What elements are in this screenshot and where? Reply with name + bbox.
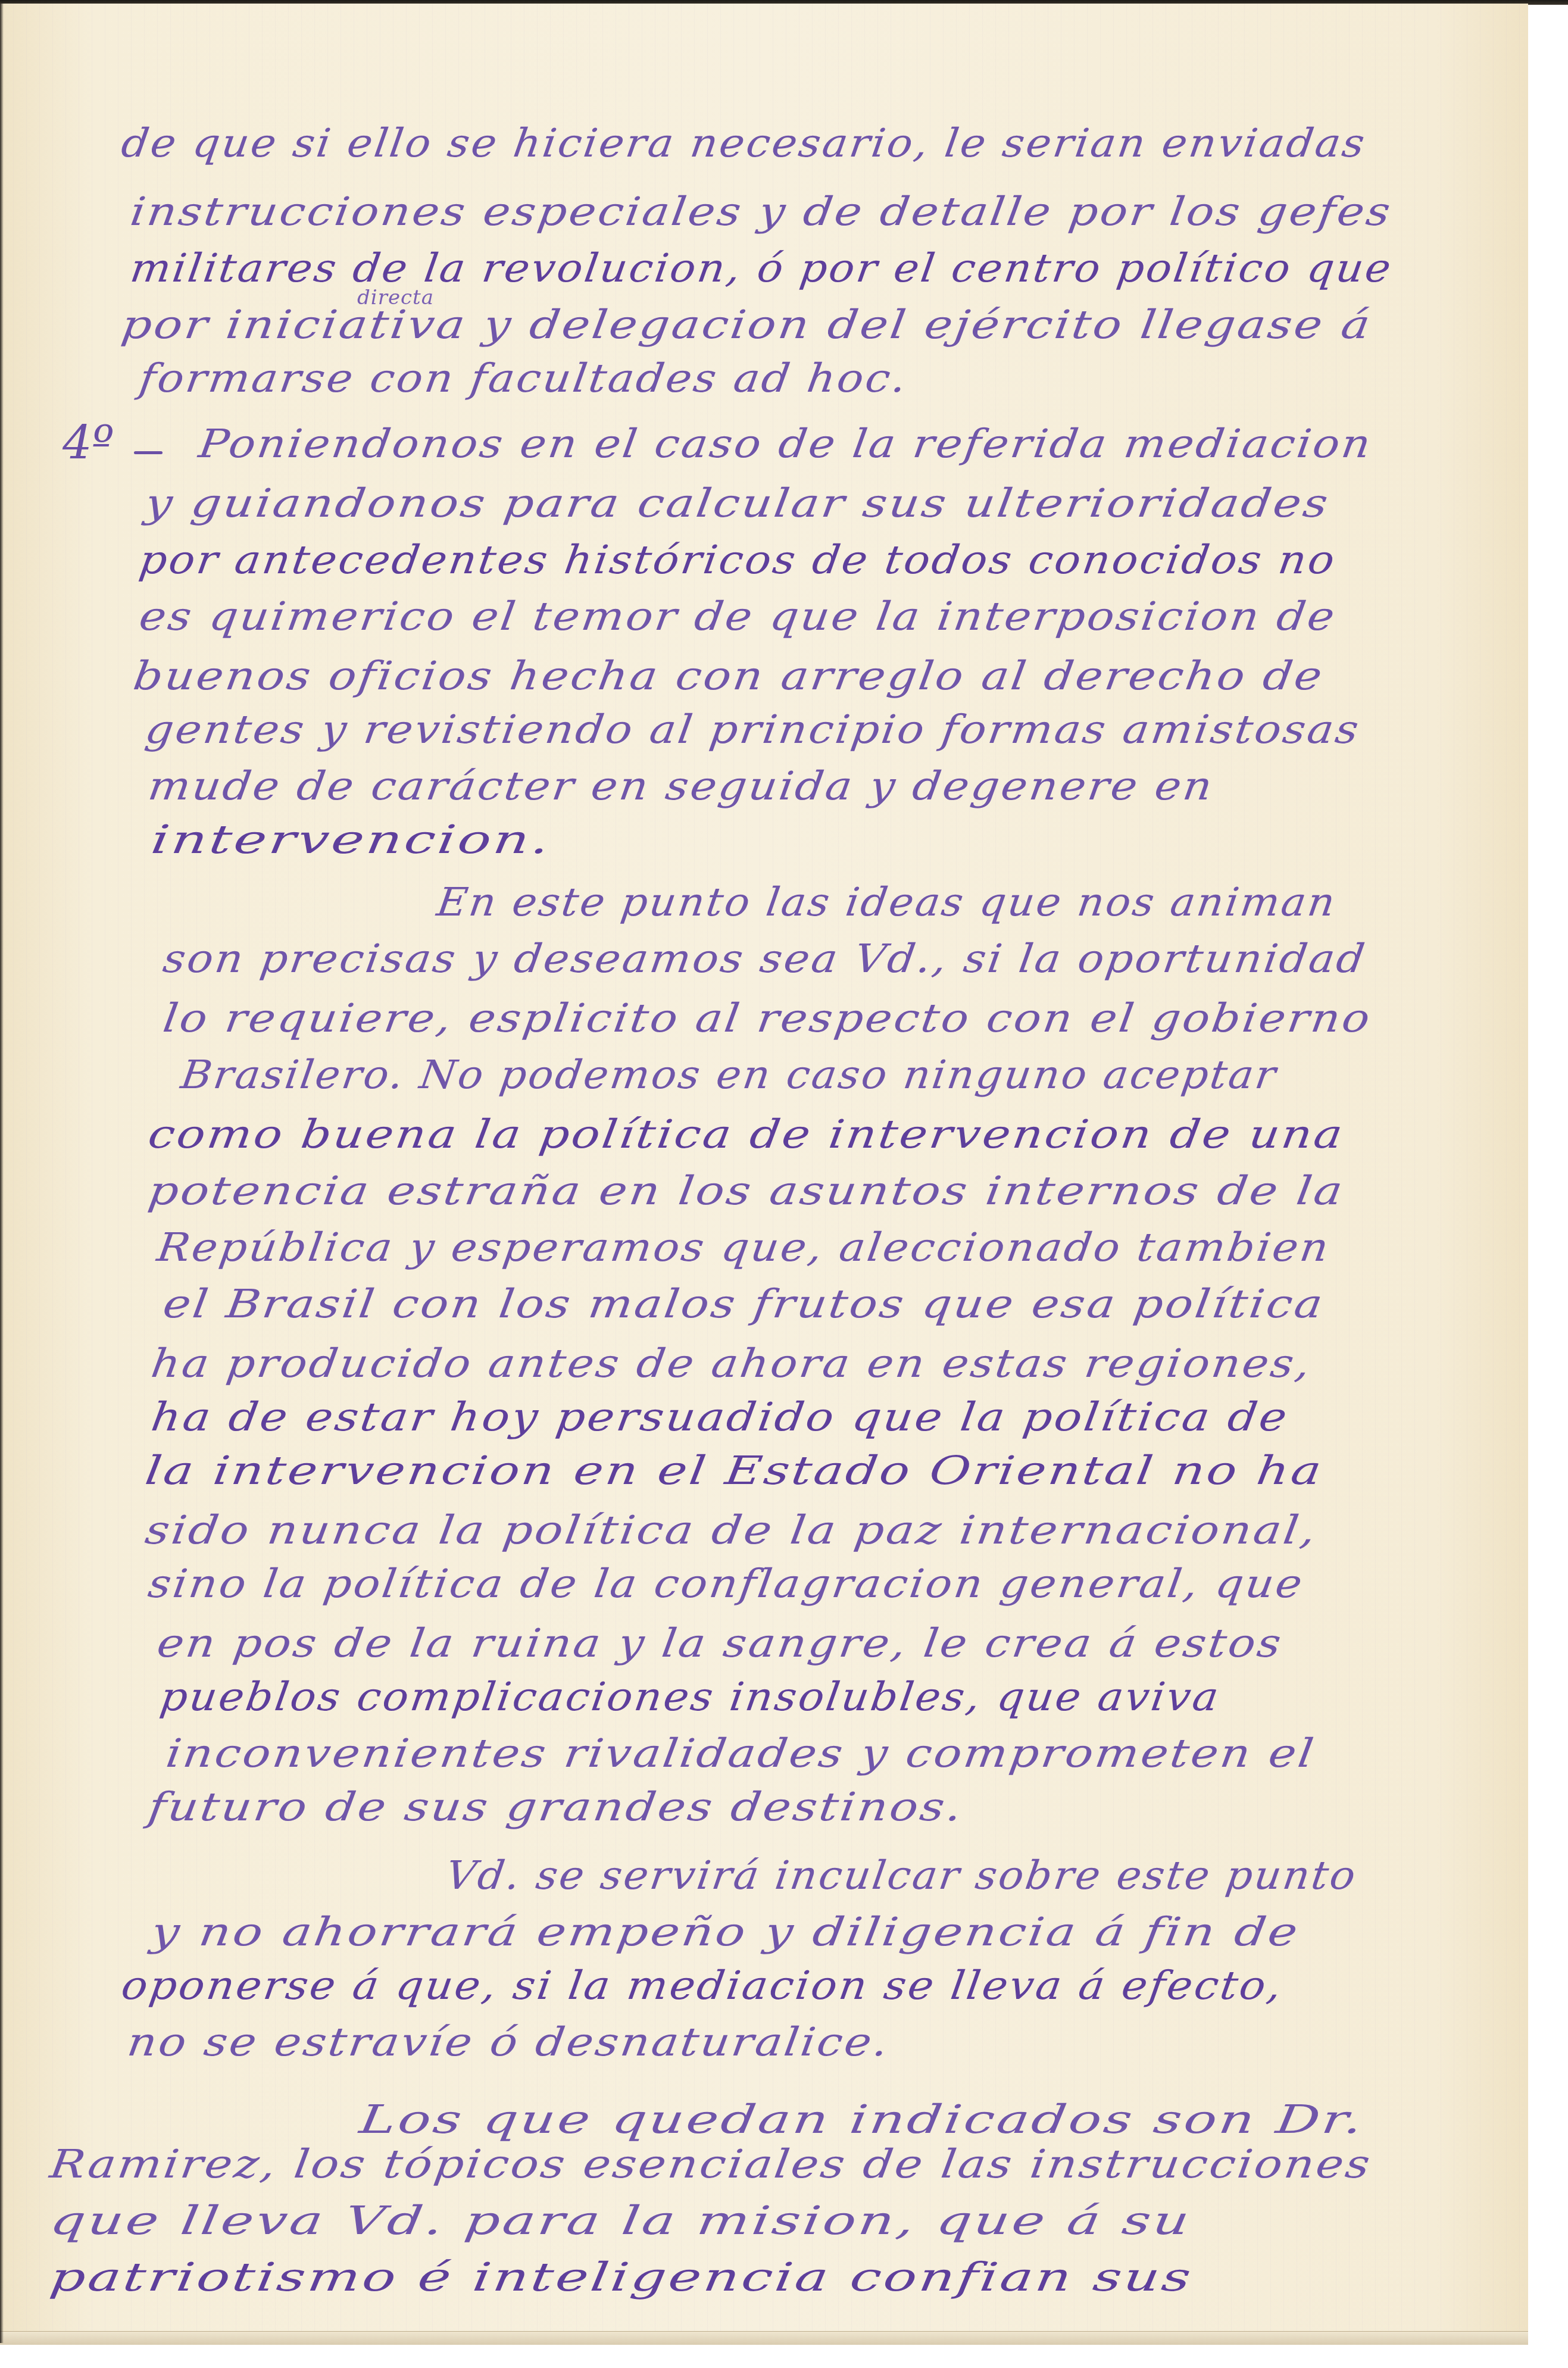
manuscript-line: futuro de sus grandes destinos.	[146, 1788, 966, 1827]
manuscript-line: intervencion.	[149, 820, 554, 860]
manuscript-line: de que si ello se hiciera necesario, le …	[119, 124, 1369, 163]
manuscript-line: oponerse á que, si la mediacion se lleva…	[119, 1966, 1286, 2005]
manuscript-line: gentes y revistiendo al principio formas…	[143, 710, 1363, 749]
manuscript-line: y guiandonos para calcular sus ulteriori…	[143, 484, 1332, 523]
manuscript-line: potencia estraña en los asuntos internos…	[146, 1171, 1347, 1211]
manuscript-line: En este punto las ideas que nos animan	[435, 883, 1339, 922]
paragraph-dash	[134, 451, 163, 454]
manuscript-line: que lleva Vd. para la mision, que á su	[48, 2201, 1194, 2241]
manuscript-line: formarse con facultades ad hoc.	[137, 359, 910, 398]
manuscript-line: Los que quedan indicados son Dr.	[357, 2100, 1367, 2139]
manuscript-line: el Brasil con los malos frutos que esa p…	[161, 1285, 1327, 1324]
scan-left-edge	[0, 4, 4, 2343]
manuscript-line: no se estravíe ó desnaturalice.	[125, 2023, 892, 2062]
manuscript-line: patriotismo é inteligencia confian sus	[48, 2258, 1195, 2297]
manuscript-line: sino la política de la conflagracion gen…	[146, 1564, 1307, 1604]
manuscript-line: buenos oficios hecha con arreglo al dere…	[131, 657, 1326, 696]
manuscript-line: son precisas y deseamos sea Vd., si la o…	[161, 939, 1369, 979]
manuscript-line: y no ahorrará empeño y diligencia á fin …	[149, 1913, 1302, 1952]
manuscript-line: por iniciativa y delegacion del ejército…	[119, 305, 1375, 345]
manuscript-line: por antecedentes históricos de todos con…	[137, 541, 1339, 580]
manuscript-line: mude de carácter en seguida y degenere e…	[146, 767, 1216, 806]
manuscript-line: Poniendonos en el caso de la referida me…	[196, 424, 1375, 464]
manuscript-line: ha de estar hoy persuadido que la políti…	[149, 1398, 1291, 1437]
manuscript-line: Brasilero. No podemos en caso ninguno ac…	[179, 1055, 1280, 1095]
manuscript-line: la intervencion en el Estado Oriental no…	[143, 1451, 1326, 1491]
manuscript-line: Ramirez, los tópicos esenciales de las i…	[48, 2145, 1375, 2184]
page-bottom-edge	[0, 2331, 1528, 2345]
manuscript-line: como buena la política de intervencion d…	[146, 1115, 1347, 1154]
manuscript-line: lo requiere, esplicito al respecto con e…	[161, 999, 1374, 1038]
manuscript-line: inconvenientes rivalidades y comprometen…	[164, 1734, 1318, 1773]
manuscript-line: ha producido antes de ahora en estas reg…	[149, 1344, 1314, 1383]
manuscript-line: sido nunca la política de la paz interna…	[143, 1511, 1320, 1550]
paragraph-number-4: 4º	[63, 417, 114, 470]
manuscript-line: es quimerico el temor de que la interpos…	[137, 597, 1339, 636]
manuscript-line: en pos de la ruina y la sangre, le crea …	[155, 1624, 1285, 1663]
manuscript-line: Vd. se servirá inculcar sobre este punto	[443, 1856, 1360, 1895]
manuscript-line: instrucciones especiales y de detalle po…	[128, 192, 1395, 232]
manuscript-line: República y esperamos que, aleccionado t…	[155, 1228, 1333, 1267]
manuscript-line: pueblos complicaciones insolubles, que a…	[158, 1677, 1223, 1717]
manuscript-line: militares de la revolucion, ó por el cen…	[128, 249, 1395, 288]
